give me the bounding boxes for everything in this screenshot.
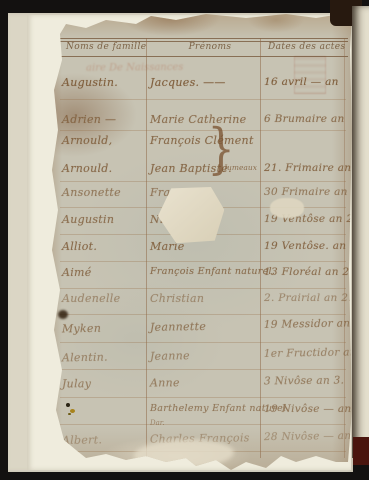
cell-act-date: 19 Ventôse. an 2. <box>264 240 361 252</box>
cell-family-name: Alliot. <box>62 240 97 253</box>
table-row: Myken Jeannette 19 Messidor an 2 <box>46 317 352 348</box>
twins-annotation: Jumeaux <box>224 163 257 172</box>
facing-page-edge <box>352 6 369 458</box>
cell-given-name: Jacques. —— <box>150 76 226 89</box>
yellow-speck-stain <box>70 409 75 413</box>
cell-given-name: François Clément <box>150 134 254 147</box>
cell-given-name: François Enfant naturel. <box>150 266 275 277</box>
cell-act-date: 3 Nivôse an 3. <box>264 374 344 387</box>
table-row: Alliot. Marie 19 Ventôse. an 2. <box>46 240 352 266</box>
cell-act-date: 19 Messidor an 2 <box>264 317 361 331</box>
register-page: aire De Naissances Noms de famille Préno… <box>46 10 352 472</box>
small-paper-patch <box>270 198 304 218</box>
table-row: Barthelemy Enfant naturel 19 Nivôse — an… <box>46 403 352 429</box>
cell-family-name: Julay <box>62 377 91 390</box>
cell-act-date: 2. Prairial an 2. <box>264 292 352 304</box>
header-underline <box>58 56 348 57</box>
cell-act-date: 19 Nivôse — an 3. <box>264 403 366 415</box>
cell-act-date: 6 Brumaire an <box>264 113 345 125</box>
table-row: Augustin. Jacques. —— 16 avril — an <box>46 76 352 102</box>
table-row: Arnould. Jean Baptiste. 21. Frimaire an … <box>46 162 352 188</box>
dark-speck-stain <box>66 403 70 407</box>
cell-family-name: Arnould. <box>62 162 112 175</box>
cell-given-name: Jeanne <box>150 349 190 363</box>
cell-act-date: 30 Frimaire an 2 <box>264 186 358 198</box>
cell-family-name: Audenelle <box>62 292 120 305</box>
table-top-rule <box>58 38 348 39</box>
cell-family-name: Augustin <box>62 213 114 226</box>
table-row: Arnould, François Clément <box>46 134 352 160</box>
book-spine-corner <box>353 437 369 465</box>
cell-family-name: Ansonette <box>62 186 121 199</box>
column-header-act-dates: Dates des actes <box>268 42 342 52</box>
marginal-note: Dar. <box>150 419 165 427</box>
ink-blot-stain <box>58 310 68 319</box>
table-row: Julay Anne 3 Nivôse an 3. <box>46 374 352 403</box>
bleedthrough-text: aire De Naissances <box>86 61 266 74</box>
scanned-register-photograph: aire De Naissances Noms de famille Préno… <box>0 0 369 480</box>
cell-family-name: Adrien — <box>62 113 116 126</box>
cell-given-name: Jeannette <box>150 320 206 334</box>
column-header-given-names: Prénoms <box>162 42 258 52</box>
cell-given-name: Christian <box>150 292 204 305</box>
cell-act-date: 16 avril — an <box>264 76 339 88</box>
cell-given-name: Anne <box>150 376 180 389</box>
table-row: Audenelle Christian 2. Prairial an 2. <box>46 292 352 318</box>
table-row: Alentin. Jeanne 1er Fructidor an 2 <box>46 346 352 377</box>
cell-family-name: Aimé <box>62 266 92 279</box>
cell-act-date: 13 Floréal an 2. <box>264 266 353 278</box>
column-header-family-names: Noms de famille <box>66 42 146 52</box>
table-row: Aimé François Enfant naturel. 13 Floréal… <box>46 266 352 292</box>
cell-act-date: 21. Frimaire an 2 <box>264 162 362 174</box>
cell-family-name: Alentin. <box>62 351 108 365</box>
cell-family-name: Augustin. <box>62 76 118 89</box>
cell-family-name: Arnould, <box>62 134 112 147</box>
cell-family-name: Myken <box>62 322 101 336</box>
cell-act-date: 28 Nivôse — an 3 <box>264 430 362 443</box>
